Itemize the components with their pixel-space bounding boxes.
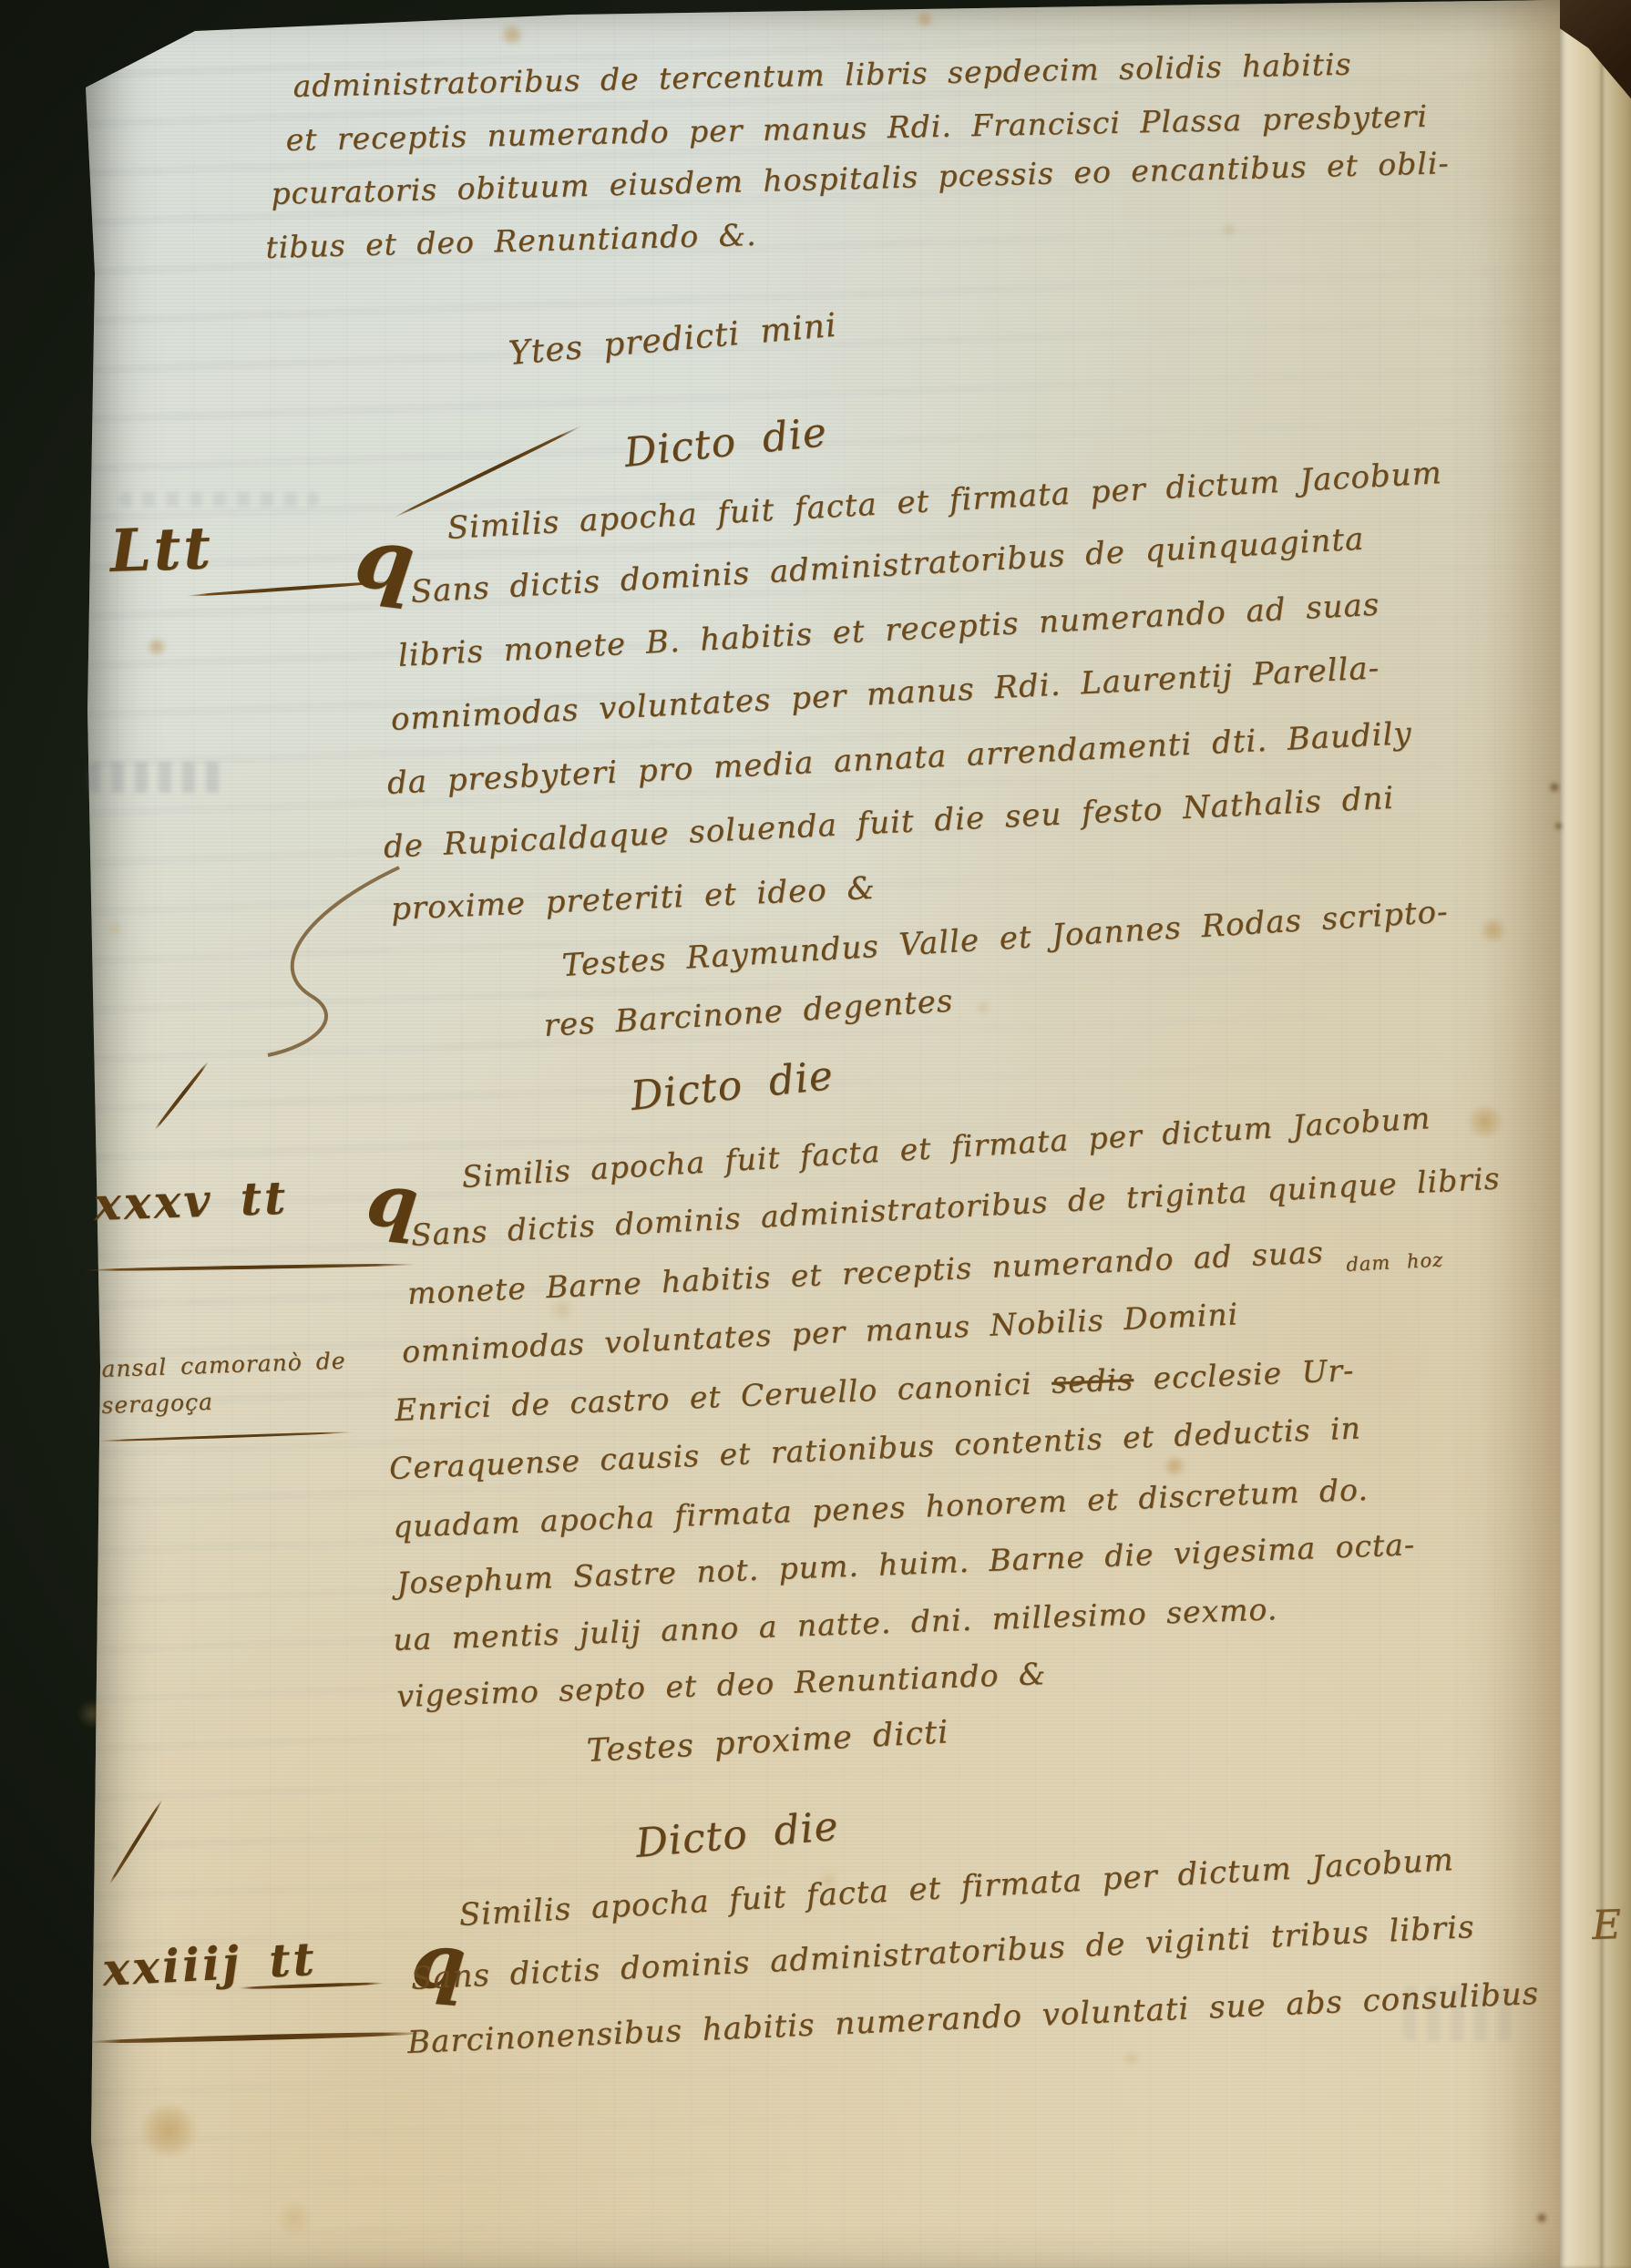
stain (106, 920, 124, 937)
stain (146, 638, 168, 656)
stain (77, 1700, 108, 1728)
stain (499, 24, 525, 46)
stain (1221, 222, 1237, 237)
margin-amount: Ltt (108, 514, 214, 586)
stain (273, 2201, 315, 2234)
bleedthrough-ghost (118, 492, 319, 507)
stain (1465, 1106, 1505, 1137)
stain (975, 1001, 991, 1015)
stain (1549, 782, 1560, 793)
stain (137, 2105, 200, 2156)
manuscript-scan: administratoribus de tercentum libris se… (0, 0, 1631, 2268)
stain (1480, 918, 1507, 942)
pen-flourish (261, 860, 406, 1061)
stain (1536, 2212, 1547, 2223)
next-page-text-fragment: E (1591, 1902, 1623, 1949)
stain (915, 11, 935, 27)
margin-amount: xxxv tt (93, 1171, 289, 1231)
margin-note-line: seragoça (101, 1389, 213, 1419)
bleedthrough-ghost (87, 762, 224, 793)
stain (1123, 2050, 1141, 2067)
stain (1554, 822, 1563, 830)
struck-word: sedis (1051, 1361, 1134, 1401)
stain (1163, 1456, 1186, 1476)
